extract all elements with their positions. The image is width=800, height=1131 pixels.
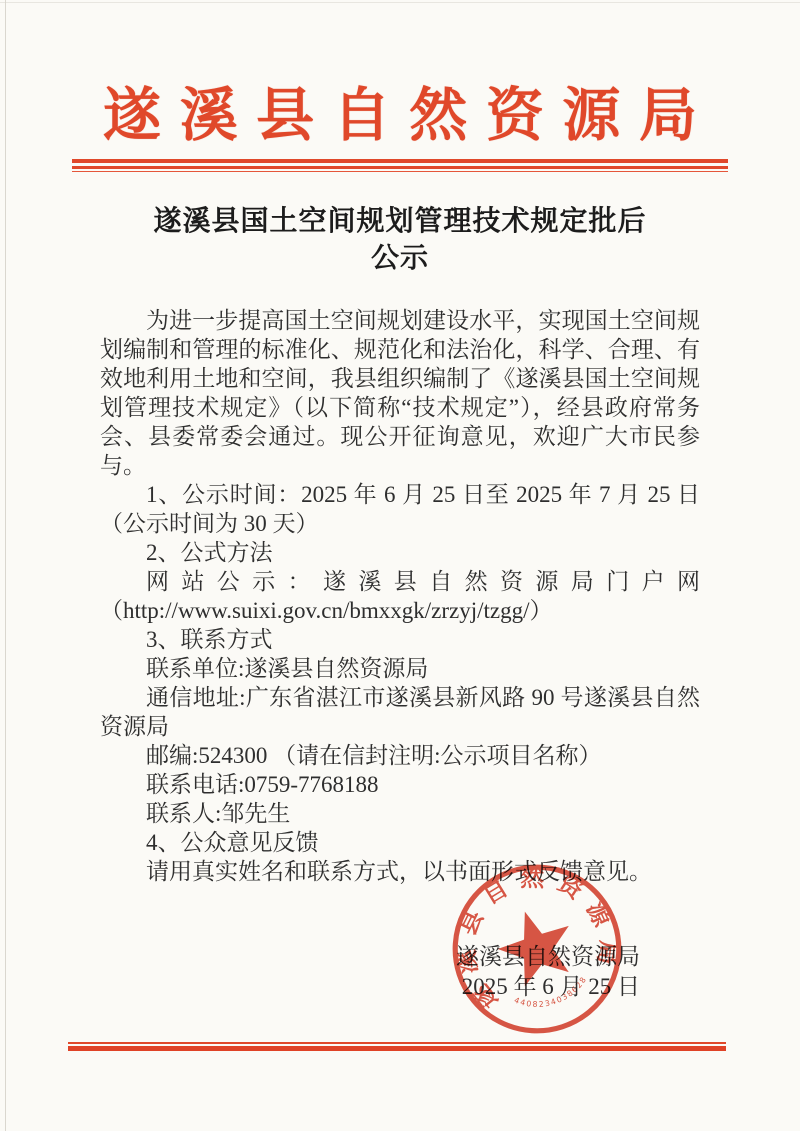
scanned-document-page: 遂溪县自然资源局 遂溪县国土空间规划管理技术规定批后 公示 为进一步提高国土空间… <box>0 0 800 1131</box>
scan-edge-artifact <box>5 0 6 1131</box>
letterhead-agency-title: 遂溪县自然资源局 <box>0 80 800 152</box>
document-body: 为进一步提高国土空间规划建设水平，实现国土空间规划编制和管理的标准化、规范化和法… <box>100 306 700 886</box>
website-publicity-line: 网站公示：遂溪县自然资源局门户网 <box>100 567 700 596</box>
signature-date: 2025 年 6 月 25 日 <box>0 972 640 1002</box>
publicity-method-heading: 2、公式方法 <box>100 538 700 567</box>
document-title-line2: 公示 <box>100 240 700 277</box>
contact-address: 通信地址:广东省湛江市遂溪县新风路 90 号遂溪县自然资源局 <box>100 683 700 741</box>
letterhead-red-divider <box>72 159 728 172</box>
contact-person: 联系人:邹先生 <box>100 799 700 828</box>
contact-heading: 3、联系方式 <box>100 625 700 654</box>
signature-block: 遂溪县自然资源局 2025 年 6 月 25 日 <box>0 942 800 1002</box>
footer-red-divider <box>68 1042 726 1051</box>
signature-org: 遂溪县自然资源局 <box>0 942 640 972</box>
document-title: 遂溪县国土空间规划管理技术规定批后 公示 <box>100 203 700 277</box>
intro-paragraph: 为进一步提高国土空间规划建设水平，实现国土空间规划编制和管理的标准化、规范化和法… <box>100 306 700 480</box>
contact-phone: 联系电话:0759-7768188 <box>100 770 700 799</box>
postal-code: 邮编:524300 （请在信封注明:公示项目名称） <box>100 741 700 770</box>
website-url: （http://www.suixi.gov.cn/bmxxgk/zrzyj/tz… <box>100 596 700 625</box>
feedback-note: 请用真实姓名和联系方式，以书面形式反馈意见。 <box>100 857 700 886</box>
contact-unit: 联系单位:遂溪县自然资源局 <box>100 654 700 683</box>
document-title-line1: 遂溪县国土空间规划管理技术规定批后 <box>100 203 700 240</box>
publicity-period: 1、公示时间：2025 年 6 月 25 日至 2025 年 7 月 25 日（… <box>100 480 700 538</box>
scan-edge-artifact <box>0 2 800 3</box>
feedback-heading: 4、公众意见反馈 <box>100 828 700 857</box>
